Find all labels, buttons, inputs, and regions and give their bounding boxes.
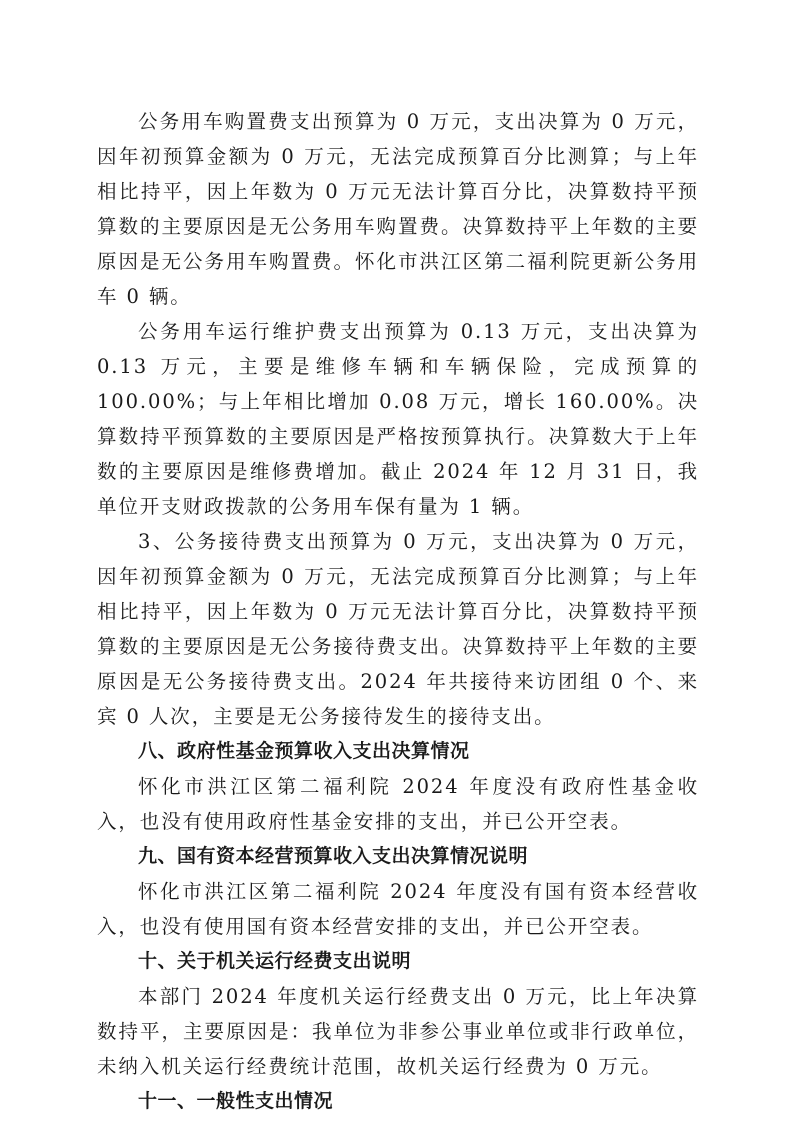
- paragraph-reception-expense: 3、公务接待费支出预算为 0 万元，支出决算为 0 万元，因年初预算金额为 0 …: [97, 524, 699, 734]
- heading-general-expense: 十一、一般性支出情况: [97, 1084, 699, 1119]
- paragraph-vehicle-purchase: 公务用车购置费支出预算为 0 万元，支出决算为 0 万元，因年初预算金额为 0 …: [97, 104, 699, 314]
- paragraph-operating-expense: 本部门 2024 年度机关运行经费支出 0 万元，比上年决算数持平，主要原因是：…: [97, 979, 699, 1084]
- paragraph-government-fund: 怀化市洪江区第二福利院 2024 年度没有政府性基金收入，也没有使用政府性基金安…: [97, 769, 699, 839]
- document-page: 公务用车购置费支出预算为 0 万元，支出决算为 0 万元，因年初预算金额为 0 …: [97, 104, 699, 1119]
- heading-government-fund: 八、政府性基金预算收入支出决算情况: [97, 734, 699, 769]
- paragraph-state-capital: 怀化市洪江区第二福利院 2024 年度没有国有资本经营收入，也没有使用国有资本经…: [97, 874, 699, 944]
- heading-operating-expense: 十、关于机关运行经费支出说明: [97, 944, 699, 979]
- heading-state-capital: 九、国有资本经营预算收入支出决算情况说明: [97, 839, 699, 874]
- paragraph-vehicle-maintenance: 公务用车运行维护费支出预算为 0.13 万元，支出决算为 0.13 万元，主要是…: [97, 314, 699, 524]
